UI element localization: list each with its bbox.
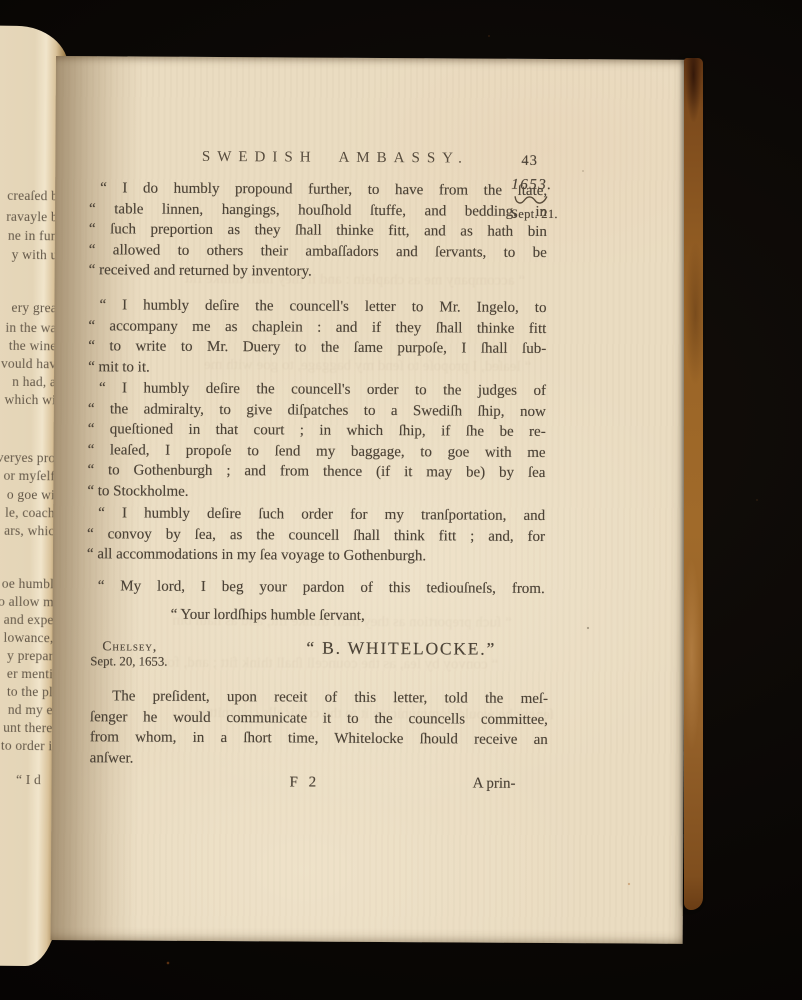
- letter-paragraph: “ My lord, I beg your pardon of this ted…: [87, 576, 545, 599]
- left-page-text-fragment: to order i: [1, 738, 53, 755]
- text-line: “ accompany me as chaplein : and if they…: [88, 316, 546, 339]
- text-line: “ convoy by ſea, as the councell ſhall t…: [87, 524, 545, 547]
- text-line: “ My lord, I beg your pardon of this ted…: [87, 576, 545, 599]
- text-line: “ mit to it.: [88, 357, 546, 380]
- letter-paragraph: “ I humbly deſire the councell's letter …: [88, 295, 546, 380]
- left-page-text-fragment: ravayle b: [6, 209, 58, 226]
- left-page-text-fragment: to the pl: [7, 684, 53, 700]
- catchword: A prin-: [456, 775, 516, 792]
- text-line: “ I do humbly propound further, to have …: [89, 178, 547, 201]
- left-page-text-fragment: lowance,: [3, 630, 53, 647]
- letter-paragraph: “ I do humbly propound further, to have …: [89, 178, 548, 283]
- text-line: “ to write to Mr. Duery to the ſame purp…: [88, 336, 546, 359]
- letter-signature: “ B. WHITELOCKE.”: [306, 638, 496, 660]
- running-head: SWEDISH AMBASSY.: [155, 149, 515, 168]
- text-line: from whom, in a ſhort time, Whitelocke ſ…: [90, 727, 548, 750]
- closing-paragraph: The preſident, upon receit of this lette…: [90, 686, 548, 771]
- left-page-text-fragment: ery grea: [11, 300, 57, 316]
- page-number: 43: [521, 153, 538, 170]
- text-line: “ received and returned by inventory.: [89, 260, 547, 283]
- dateline-place: Chelsey,: [102, 639, 167, 653]
- book-fore-edge: [684, 58, 703, 910]
- text-line: “ table linnen, hangings, houſhold ſtuff…: [89, 199, 547, 222]
- left-page-text-fragment: unt there: [3, 720, 53, 737]
- letter-dateline: Chelsey, Sept. 20, 1653.: [90, 639, 167, 668]
- left-page-text-fragment: ars, whic: [4, 523, 55, 540]
- left-page-text-fragment: vould hav: [1, 356, 57, 373]
- left-page-text-fragment: “ I d: [16, 772, 41, 788]
- text-line: “ leaſed, I propoſe to ſend my baggage, …: [88, 440, 546, 463]
- letter-salutation: “ Your lordſhips humble ſervant,: [171, 607, 365, 625]
- book-page: “ accompany me as chaplein : and if they…: [51, 56, 688, 944]
- signature-mark: F 2: [290, 774, 317, 791]
- text-line: “ to Gothenburgh ; and from thence (if i…: [87, 460, 545, 483]
- text-line: “ queſtioned in that court ; in which ſh…: [88, 419, 546, 442]
- letter-paragraph: “ I humbly deſire ſuch order for my tran…: [87, 503, 545, 567]
- text-line: “ the admiralty, to give diſpatches to a…: [88, 399, 546, 422]
- left-page-text-fragment: nd my e: [8, 702, 53, 718]
- text-line: “ I humbly deſire ſuch order for my tran…: [87, 503, 545, 526]
- text-line: The preſident, upon receit of this lette…: [90, 686, 548, 709]
- letter-paragraph: “ I humbly deſire the councell's order t…: [87, 378, 546, 504]
- text-line: “ ſuch preportion as they ſhall thinke f…: [89, 219, 547, 242]
- left-page-text-fragment: in the wa: [5, 320, 56, 337]
- left-page-text-fragment: y prepar: [7, 648, 53, 664]
- left-page-text-fragment: or myſelf: [3, 468, 55, 485]
- left-page-text-fragment: n had, a: [12, 374, 56, 390]
- left-page-text-fragment: o goe wi: [7, 487, 55, 504]
- text-line: ſenger he would communicate it to the co…: [90, 707, 548, 730]
- left-page-text-fragment: ne in fun: [8, 228, 58, 245]
- text-line: “ all accommodations in my ſea voyage to…: [87, 544, 545, 567]
- left-page-text-fragment: le, coach: [5, 505, 55, 522]
- left-page-text-fragment: er menti: [7, 666, 53, 682]
- text-line: anſwer.: [90, 748, 548, 771]
- left-page-text-fragment: the wine: [9, 338, 57, 354]
- left-page-text-fragment: y with u: [12, 247, 58, 263]
- left-page-text-fragment: oe humbl: [2, 576, 54, 593]
- left-page-text-fragment: creaſed b: [7, 188, 58, 205]
- left-page-text-fragment: which wi: [4, 392, 56, 409]
- dateline-date: Sept. 20, 1653.: [90, 654, 167, 668]
- left-page-text-fragment: veryes pro: [0, 450, 55, 467]
- text-line: “ to Stockholme.: [87, 481, 545, 504]
- text-line: “ I humbly deſire the councell's order t…: [88, 378, 546, 401]
- left-page-text-fragment: o allow m: [0, 594, 54, 611]
- text-line: “ allowed to others their ambaſſadors an…: [89, 240, 547, 263]
- book-photograph: creaſed b ravayle b ne in fun y with u e…: [0, 0, 802, 1000]
- left-page-text-fragment: and expe: [4, 612, 54, 629]
- text-line: “ I humbly deſire the councell's letter …: [88, 295, 546, 318]
